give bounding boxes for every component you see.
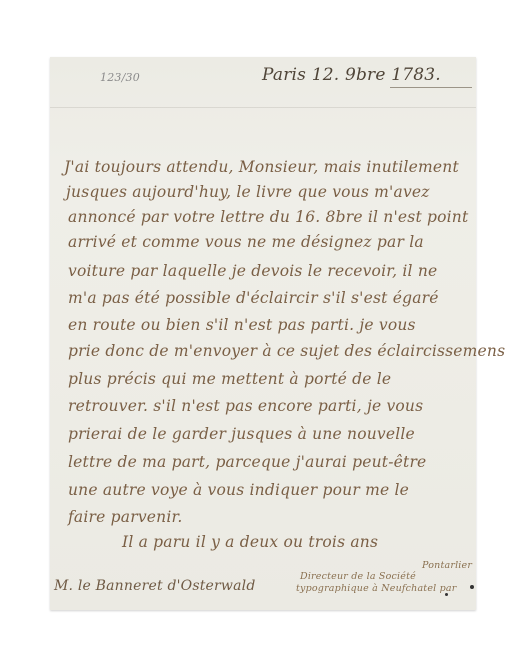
body-line-1: J'ai toujours attendu, Monsieur, mais in…: [64, 158, 459, 176]
ink-spot: [445, 593, 448, 596]
body-line-8: prie donc de m'envoyer à ce sujet des éc…: [68, 342, 505, 360]
body-line-2: jusques aujourd'huy, le livre que vous m…: [66, 183, 430, 201]
paper-fold-line: [50, 107, 476, 108]
archive-number: 123/30: [100, 71, 140, 84]
letter-paper: 123/30 Paris 12. 9bre 1783. J'ai toujour…: [50, 57, 476, 610]
addressee-note-above: Pontarlier: [422, 560, 472, 571]
addressee: M. le Banneret d'Osterwald: [54, 578, 256, 594]
body-line-14: faire parvenir.: [68, 508, 183, 526]
body-line-4: arrivé et comme vous ne me désignez par …: [68, 233, 424, 251]
body-line-7: en route ou bien s'il n'est pas parti. j…: [68, 316, 416, 334]
body-line-12: lettre de ma part, parceque j'aurai peut…: [68, 453, 426, 471]
ink-spot: [470, 585, 474, 589]
body-line-10: retrouver. s'il n'est pas encore parti, …: [68, 397, 423, 415]
dateline: Paris 12. 9bre 1783.: [262, 65, 441, 85]
body-line-11: prierai de le garder jusques à une nouve…: [68, 425, 415, 443]
body-line-6: m'a pas été possible d'éclaircir s'il s'…: [68, 289, 439, 307]
body-line-13: une autre voye à vous indiquer pour me l…: [68, 481, 409, 499]
body-line-5: voiture par laquelle je devois le recevo…: [68, 262, 437, 280]
addressee-note-line1: Directeur de la Société: [300, 571, 416, 582]
addressee-note-line2: typographique à Neufchatel par: [296, 583, 457, 594]
closing-line: Il a paru il y a deux ou trois ans: [122, 533, 378, 551]
body-line-9: plus précis qui me mettent à porté de le: [68, 370, 391, 388]
body-line-3: annoncé par votre lettre du 16. 8bre il …: [68, 208, 468, 226]
date-underline: [390, 87, 472, 88]
